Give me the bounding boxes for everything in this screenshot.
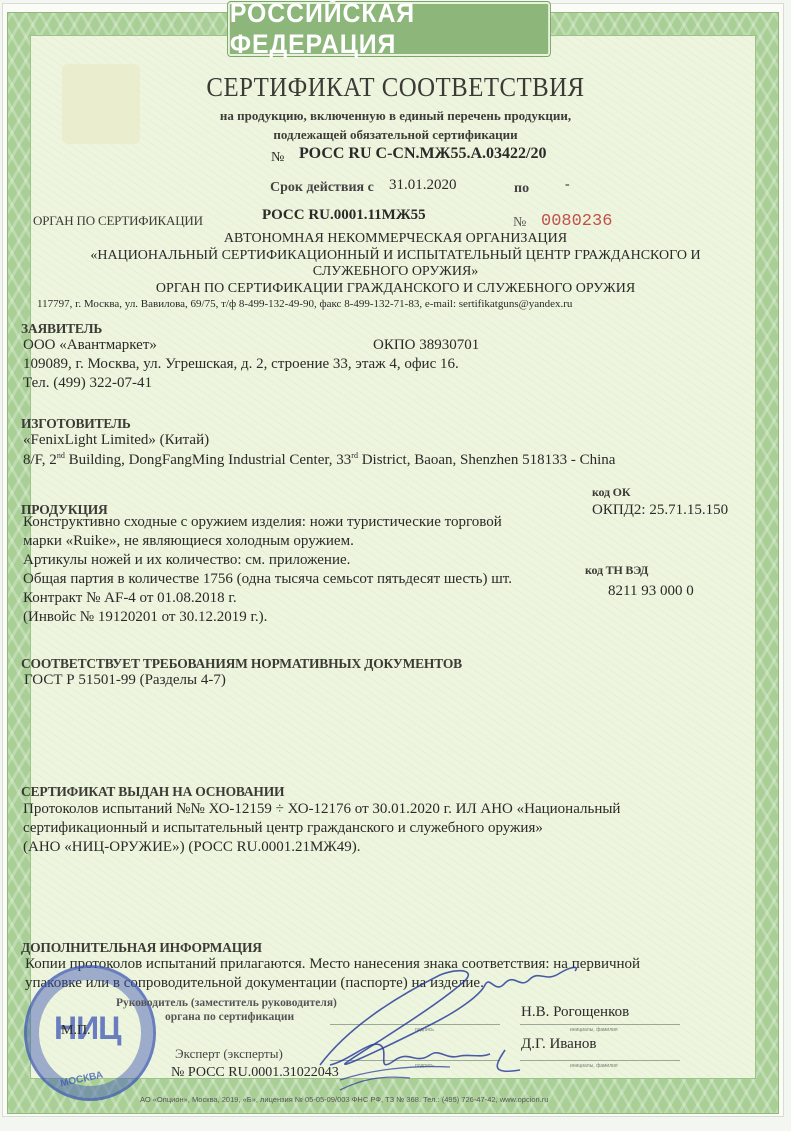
expert-signature [320, 1030, 550, 1100]
product-line-2: марки «Ruike», не являющиеся холодным ор… [23, 533, 354, 550]
manufacturer-label: ИЗГОТОВИТЕЛЬ [21, 416, 131, 432]
org-line-4: ОРГАН ПО СЕРТИФИКАЦИИ ГРАЖДАНСКОГО И СЛУ… [0, 281, 791, 297]
applicant-address: 109089, г. Москва, ул. Угрешская, д. 2, … [23, 356, 459, 373]
applicant-label: ЗАЯВИТЕЛЬ [21, 321, 102, 337]
product-line-1: Конструктивно сходные с оружием изделия:… [23, 514, 502, 531]
head-label-line-2: органа по сертификации [165, 1011, 294, 1023]
ok-code-label: код ОК [592, 485, 630, 500]
basis-line-2: сертификационный и испытательный центр г… [23, 820, 543, 837]
applicant-okpo: ОКПО 38930701 [373, 337, 479, 354]
form-serial-number: 0080236 [541, 212, 612, 231]
conformity-standard: ГОСТ Р 51501-99 (Разделы 4-7) [24, 672, 226, 689]
validity-from: 31.01.2020 [389, 177, 457, 194]
additional-info-label: ДОПОЛНИТЕЛЬНАЯ ИНФОРМАЦИЯ [21, 940, 262, 956]
org-contacts: 117797, г. Москва, ул. Вавилова, 69/75, … [37, 298, 572, 310]
basis-label: СЕРТИФИКАТ ВЫДАН НА ОСНОВАНИИ [21, 784, 284, 800]
product-line-4: Общая партия в количестве 1756 (одна тыс… [23, 571, 512, 588]
number-sign: № [271, 150, 284, 166]
conformity-label: СООТВЕТСТВУЕТ ТРЕБОВАНИЯМ НОРМАТИВНЫХ ДО… [21, 656, 462, 672]
stamp-place-label: М.П. [61, 1023, 91, 1039]
country-banner: РОССИЙСКАЯ ФЕДЕРАЦИЯ [228, 2, 550, 56]
validity-label: Срок действия с [270, 180, 374, 196]
product-line-3: Артикулы ножей и их количество: см. прил… [23, 552, 350, 569]
org-line-1: АВТОНОМНАЯ НЕКОММЕРЧЕСКАЯ ОРГАНИЗАЦИЯ [0, 231, 791, 247]
form-number-sign: № [513, 215, 526, 231]
org-line-2: «НАЦИОНАЛЬНЫЙ СЕРТИФИКАЦИОННЫЙ И ИСПЫТАТ… [0, 248, 791, 264]
applicant-phone: Тел. (499) 322-07-41 [23, 375, 152, 392]
head-label-line-1: Руководитель (заместитель руководителя) [116, 997, 337, 1009]
product-line-5: Контракт № AF-4 от 01.08.2018 г. [23, 590, 237, 607]
basis-line-3: (АНО «НИЦ-ОРУЖИЕ») (РОСС RU.0001.21МЖ49)… [23, 839, 361, 856]
tnved-code-value: 8211 93 000 0 [608, 583, 694, 600]
certification-body-label: ОРГАН ПО СЕРТИФИКАЦИИ [33, 213, 203, 229]
applicant-name: ООО «Авантмаркет» [23, 337, 157, 354]
certification-body-code: РОСС RU.0001.11МЖ55 [262, 207, 426, 224]
subtitle-line-1: на продукцию, включенную в единый перече… [0, 108, 791, 124]
org-line-3: СЛУЖЕБНОГО ОРУЖИЯ» [0, 264, 791, 280]
printer-imprint: АО «Опцион», Москва, 2019, «Б», лицензия… [140, 1095, 548, 1104]
expert-label: Эксперт (эксперты) [175, 1046, 283, 1062]
document-title: СЕРТИФИКАТ СООТВЕТСТВИЯ [32, 72, 760, 103]
subtitle-line-2: подлежащей обязательной сертификации [0, 127, 791, 143]
basis-line-1: Протоколов испытаний №№ ХО-12159 ÷ ХО-12… [23, 801, 620, 818]
validity-to-label: по [514, 181, 529, 197]
certificate-number: РОСС RU C-CN.МЖ55.А.03422/20 [299, 145, 546, 163]
product-line-6: (Инвойс № 19120201 от 30.12.2019 г.). [23, 609, 267, 626]
manufacturer-address: 8/F, 2nd Building, DongFangMing Industri… [23, 451, 615, 469]
tnved-code-label: код ТН ВЭД [585, 563, 648, 578]
validity-to: - [565, 177, 570, 193]
manufacturer-name: «FenixLight Limited» (Китай) [23, 432, 209, 449]
ok-code-value: ОКПД2: 25.71.15.150 [592, 502, 728, 519]
